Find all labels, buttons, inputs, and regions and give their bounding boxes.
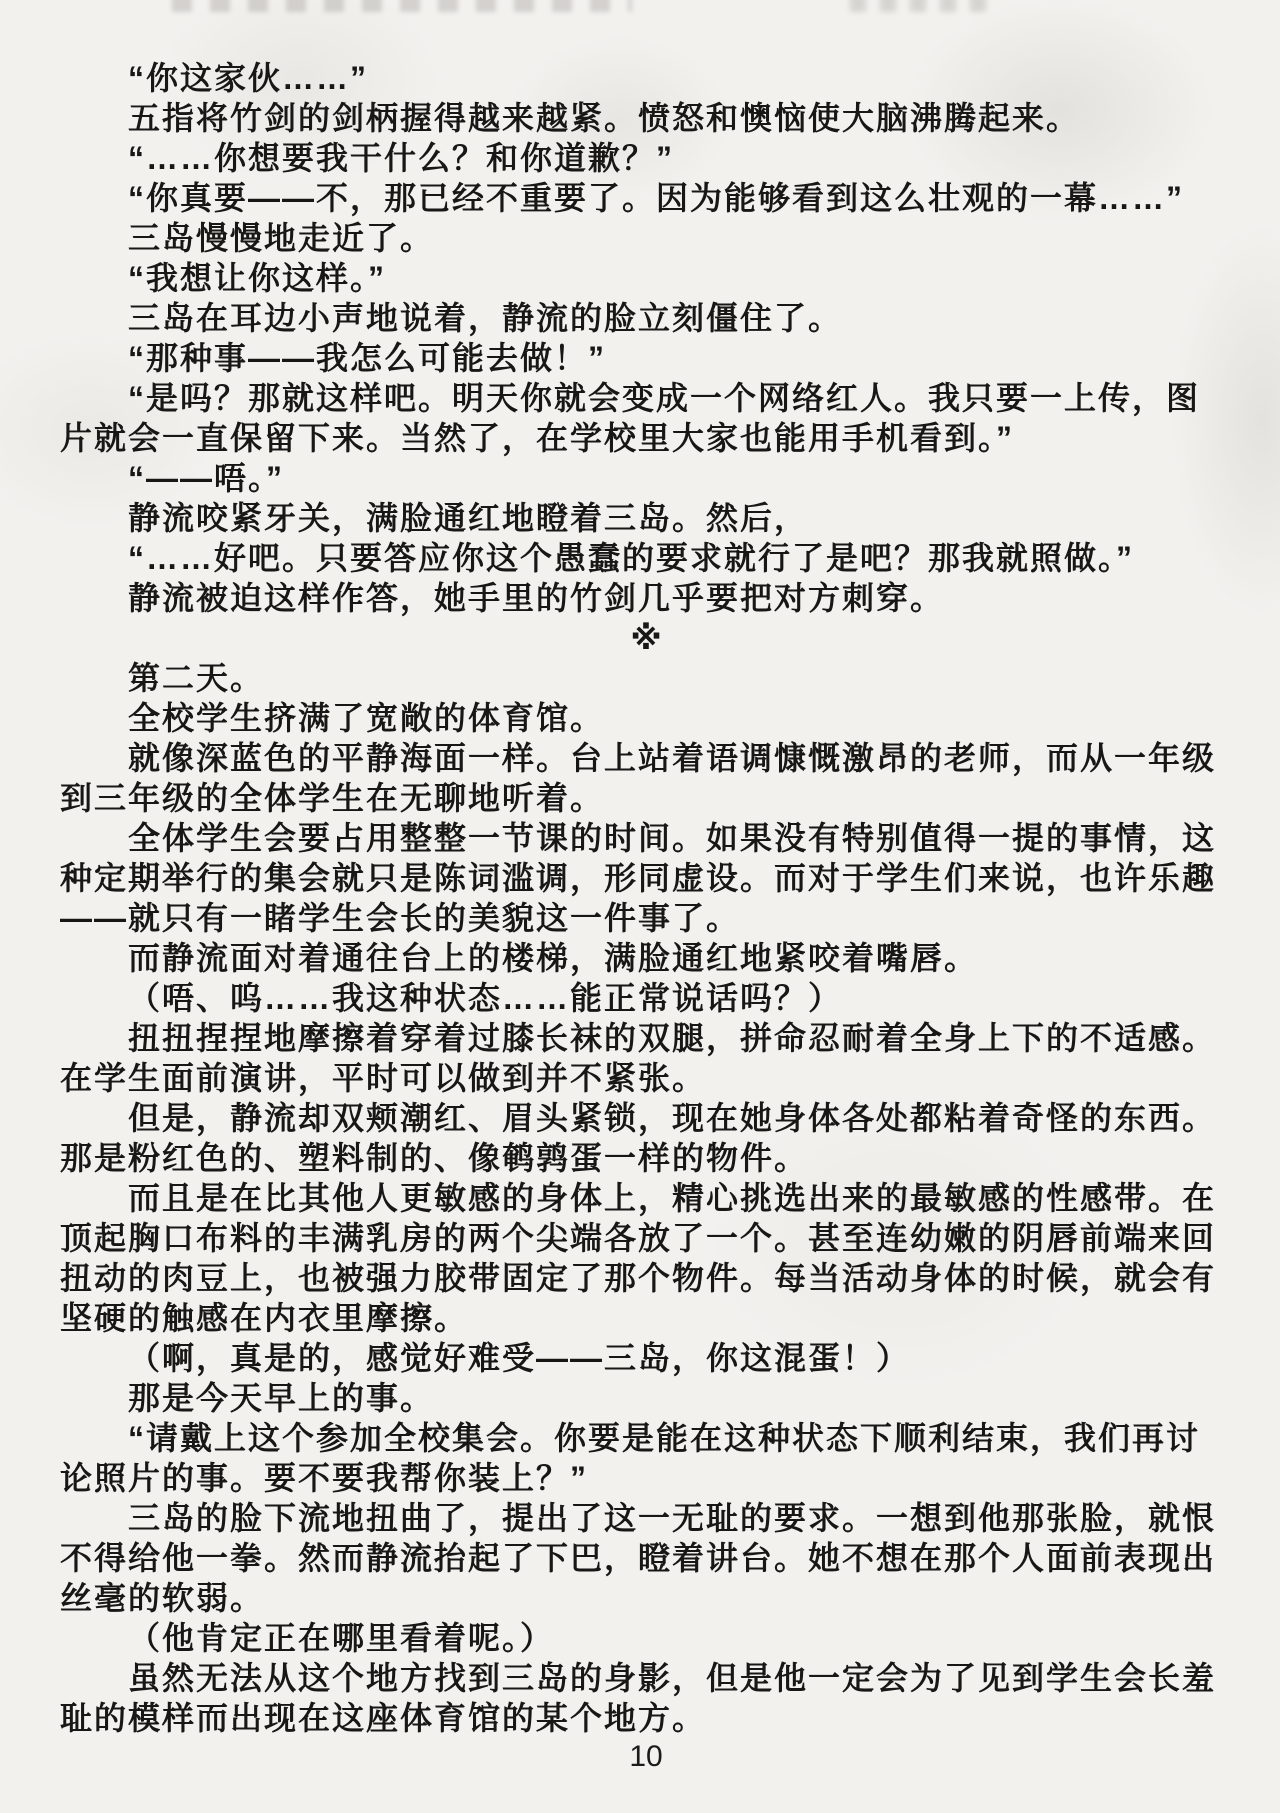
text-line: 但是，静流却双颊潮红、眉头紧锁，现在她身体各处都粘着奇怪的东西。	[60, 1098, 1232, 1138]
text-line: 三岛慢慢地走近了。	[60, 218, 1232, 258]
text-line: “请戴上这个参加全校集会。你要是能在这种状态下顺利结束，我们再讨	[60, 1418, 1232, 1458]
text-line: “……好吧。只要答应你这个愚蠢的要求就行了是吧？那我就照做。”	[60, 538, 1232, 578]
text-line: “是吗？那就这样吧。明天你就会变成一个网络红人。我只要一上传，图	[60, 378, 1232, 418]
text-line: （啊，真是的，感觉好难受——三岛，你这混蛋！）	[60, 1338, 1232, 1378]
section-divider: ※	[60, 618, 1232, 658]
page-number: 10	[60, 1740, 1232, 1774]
text-line: “那种事——我怎么可能去做！”	[60, 338, 1232, 378]
text-line: 那是今天早上的事。	[60, 1378, 1232, 1418]
text-line: 而且是在比其他人更敏感的身体上，精心挑选出来的最敏感的性感带。在	[60, 1178, 1232, 1218]
text-line: 种定期举行的集会就只是陈词滥调，形同虚设。而对于学生们来说，也许乐趣	[60, 858, 1232, 898]
text-line: “你这家伙……”	[60, 58, 1232, 98]
text-line: 而静流面对着通往台上的楼梯，满脸通红地紧咬着嘴唇。	[60, 938, 1232, 978]
book-page: “你这家伙……”五指将竹剑的剑柄握得越来越紧。愤怒和懊恼使大脑沸腾起来。“……你…	[0, 0, 1280, 1813]
text-line: 静流咬紧牙关，满脸通红地瞪着三岛。然后，	[60, 498, 1232, 538]
text-line: 在学生面前演讲，平时可以做到并不紧张。	[60, 1058, 1232, 1098]
text-line: 那是粉红色的、塑料制的、像鹌鹑蛋一样的物件。	[60, 1138, 1232, 1178]
text-line: 全校学生挤满了宽敞的体育馆。	[60, 698, 1232, 738]
text-line: 片就会一直保留下来。当然了，在学校里大家也能用手机看到。”	[60, 418, 1232, 458]
text-line: 全体学生会要占用整整一节课的时间。如果没有特别值得一提的事情，这	[60, 818, 1232, 858]
ghost-text-artifact-right	[850, 0, 1000, 12]
text-line: 就像深蓝色的平静海面一样。台上站着语调慷慨激昂的老师，而从一年级	[60, 738, 1232, 778]
text-line: 第二天。	[60, 658, 1232, 698]
text-line: 五指将竹剑的剑柄握得越来越紧。愤怒和懊恼使大脑沸腾起来。	[60, 98, 1232, 138]
text-line: “——唔。”	[60, 458, 1232, 498]
page-text: “你这家伙……”五指将竹剑的剑柄握得越来越紧。愤怒和懊恼使大脑沸腾起来。“……你…	[60, 58, 1232, 1738]
text-line: （唔、呜……我这种状态……能正常说话吗？）	[60, 978, 1232, 1018]
text-line: 虽然无法从这个地方找到三岛的身影，但是他一定会为了见到学生会长羞	[60, 1658, 1232, 1698]
text-line: 静流被迫这样作答，她手里的竹剑几乎要把对方刺穿。	[60, 578, 1232, 618]
text-line: 丝毫的软弱。	[60, 1578, 1232, 1618]
text-line: 不得给他一拳。然而静流抬起了下巴，瞪着讲台。她不想在那个人面前表现出	[60, 1538, 1232, 1578]
text-line: 坚硬的触感在内衣里摩擦。	[60, 1298, 1232, 1338]
text-line: 三岛在耳边小声地说着，静流的脸立刻僵住了。	[60, 298, 1232, 338]
text-line: 顶起胸口布料的丰满乳房的两个尖端各放了一个。甚至连幼嫩的阴唇前端来回	[60, 1218, 1232, 1258]
text-line: “……你想要我干什么？和你道歉？”	[60, 138, 1232, 178]
text-line: “我想让你这样。”	[60, 258, 1232, 298]
ghost-text-artifact	[172, 0, 632, 12]
text-line: 到三年级的全体学生在无聊地听着。	[60, 778, 1232, 818]
text-line: “你真要——不，那已经不重要了。因为能够看到这么壮观的一幕……”	[60, 178, 1232, 218]
text-line: 耻的模样而出现在这座体育馆的某个地方。	[60, 1698, 1232, 1738]
text-line: 扭扭捏捏地摩擦着穿着过膝长袜的双腿，拼命忍耐着全身上下的不适感。	[60, 1018, 1232, 1058]
text-line: （他肯定正在哪里看着呢。）	[60, 1618, 1232, 1658]
text-line: 扭动的肉豆上，也被强力胶带固定了那个物件。每当活动身体的时候，就会有	[60, 1258, 1232, 1298]
text-line: 三岛的脸下流地扭曲了，提出了这一无耻的要求。一想到他那张脸，就恨	[60, 1498, 1232, 1538]
text-line: ——就只有一睹学生会长的美貌这一件事了。	[60, 898, 1232, 938]
text-line: 论照片的事。要不要我帮你装上？”	[60, 1458, 1232, 1498]
